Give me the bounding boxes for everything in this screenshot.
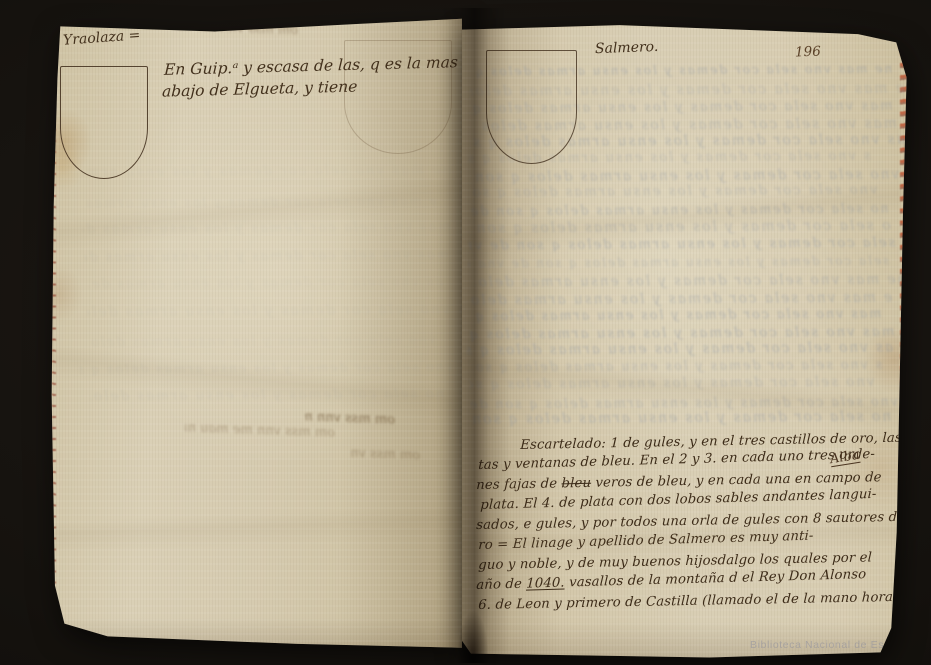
ghost-text-line: e mas vno sela cor demas y los ensu arma… (470, 289, 892, 308)
red-speckled-edge-left (52, 129, 56, 624)
ink-smudge: om mss vnn me mau nro (305, 409, 395, 427)
ghost-text-line: sela cor demas y los ensu armas delos q … (468, 236, 895, 254)
ghost-text-line: vno sela cor demas y los ensu armas delo… (473, 183, 878, 201)
right-page-wrap: ne mas vno sela cor demas y los ensu arm… (462, 20, 912, 660)
margin-note: Alba (829, 448, 861, 467)
ghost-text-line: ne mas vno sela cor demas y los ensu arm… (83, 162, 451, 180)
paragraph-text: año de (476, 577, 527, 593)
paragraph-line: 6. de Leon y primero de Castilla (llamad… (478, 589, 912, 613)
ghost-text-line: vno sela cor demas y los ensu armas delo… (80, 360, 453, 377)
paragraph-text: vasallos de la montaña d el Rey Don Alon… (564, 567, 866, 590)
ghost-text-line: mas vno sela cor demas y los ensu armas … (85, 248, 449, 266)
ghost-text-line: s vno sela cor demas y los ensu armas de… (472, 357, 882, 375)
page-number: 196 (795, 44, 821, 61)
left-page-header: Yraolaza = (63, 27, 141, 48)
ghost-text-line: mas vno sela cor demas y los ensu armas … (468, 324, 895, 342)
paragraph-line: ro = El linage y apellido de Salmero es … (478, 529, 814, 553)
ink-smudge: om mss vnn me mau nro (350, 446, 420, 463)
ghost-text-line: mas vno sela cor demas y los ensu armas … (83, 220, 451, 238)
ghost-text-line: s vno sela cor demas y los ensu armas de… (87, 302, 462, 321)
ghost-text-line: mas vno sela cor demas y los ensu armas … (472, 306, 881, 324)
ghost-text-line: vno sela cor demas y los ensu armas delo… (468, 375, 874, 393)
left-page: ne mas vno sela cor demas y los ensu arm… (50, 15, 462, 649)
ghost-text-line: no sela cor demas y los ensu armas delos… (470, 201, 889, 219)
struck-word: bleu (561, 476, 591, 492)
ghost-text-line: no sela cor demas y los ensu armas delos… (90, 387, 445, 404)
right-page-header: Salmero. (595, 39, 659, 57)
underlined-year: 1040. (526, 576, 565, 592)
paragraph-line: sados, e gules, y por todos una orla de … (476, 509, 912, 533)
library-watermark: Biblioteca Nacional de España (750, 639, 910, 651)
ghost-text-line: as vno sela cor demas y los ensu armas d… (89, 274, 443, 291)
left-page-wrap: ne mas vno sela cor demas y los ensu arm… (50, 15, 462, 649)
ghost-text-line: o sela cor demas y los ensu armas delos … (476, 218, 891, 237)
ghost-text-line: as vno sela cor demas y los ensu armas d… (467, 340, 893, 359)
manuscript-scan: ne mas vno sela cor demas y los ensu arm… (0, 0, 931, 665)
ghost-text-line: no sela cor demas y los ensu armas delos… (471, 409, 891, 428)
ghost-text-line: e mas vno sela cor demas y los ensu arma… (81, 192, 437, 209)
annotation-line: abajo de Elgueta, y tiene (162, 77, 358, 100)
escutcheon-outline-left (60, 66, 148, 179)
escutcheon-outline-right (486, 50, 577, 164)
ghost-text-line: vno sela cor demas y los ensu armas delo… (471, 393, 898, 411)
ink-smudge-top: om mss vnn me mau nro (178, 19, 298, 38)
ghost-text-line: vno sela cor demas y los ensu armas delo… (467, 166, 899, 185)
paragraph-text: nes fajas de (476, 476, 562, 493)
red-speckled-edge-right (900, 39, 909, 650)
right-page: ne mas vno sela cor demas y los ensu arm… (462, 20, 912, 660)
ghost-text-line: ne mas vno sela cor demas y los ensu arm… (475, 271, 906, 290)
ghost-text-line: vno sela cor demas y los ensu armas delo… (89, 332, 436, 349)
ghost-text-line: sela cor demas y los ensu armas delos q … (468, 253, 889, 270)
